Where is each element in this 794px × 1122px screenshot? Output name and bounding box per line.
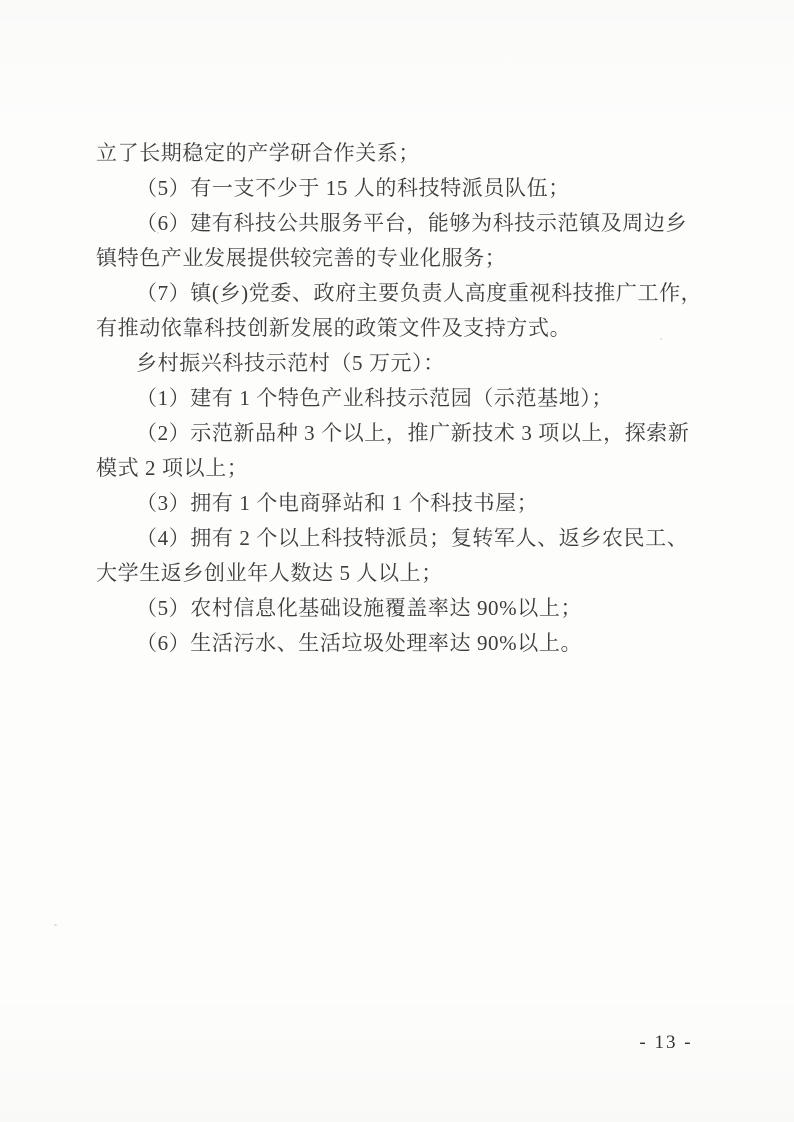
text-line: 立了长期稳定的产学研合作关系；	[96, 136, 690, 171]
text-line: （5）农村信息化基础设施覆盖率达 90%以上；	[96, 591, 690, 626]
text-line: （5）有一支不少于 15 人的科技特派员队伍；	[96, 171, 690, 206]
text-line: （4）拥有 2 个以上科技特派员；复转军人、返乡农民工、	[96, 521, 690, 556]
text-line: （6）建有科技公共服务平台，能够为科技示范镇及周边乡	[96, 206, 690, 241]
text-line: （1）建有 1 个特色产业科技示范园（示范基地）；	[96, 381, 690, 416]
page-number: - 13 -	[596, 1032, 736, 1054]
text-line: 乡村振兴科技示范村（5 万元）：	[96, 346, 690, 381]
text-line: 模式 2 项以上；	[96, 451, 690, 486]
text-line: 大学生返乡创业年人数达 5 人以上；	[96, 556, 690, 591]
text-line: 有推动依靠科技创新发展的政策文件及支持方式。	[96, 311, 690, 346]
text-line: （3）拥有 1 个电商驿站和 1 个科技书屋；	[96, 486, 690, 521]
document-page: 立了长期稳定的产学研合作关系； （5）有一支不少于 15 人的科技特派员队伍； …	[0, 0, 794, 1122]
text-line: （6）生活污水、生活垃圾处理率达 90%以上。	[96, 626, 690, 661]
scan-speck	[157, 232, 159, 234]
scan-speck	[660, 338, 662, 340]
text-line: 镇特色产业发展提供较完善的专业化服务；	[96, 241, 690, 276]
text-line: （7）镇(乡)党委、政府主要负责人高度重视科技推广工作，	[96, 276, 690, 311]
document-body: 立了长期稳定的产学研合作关系； （5）有一支不少于 15 人的科技特派员队伍； …	[96, 136, 690, 661]
scan-speck	[54, 924, 57, 926]
text-line: （2）示范新品种 3 个以上，推广新技术 3 项以上，探索新	[96, 416, 690, 451]
